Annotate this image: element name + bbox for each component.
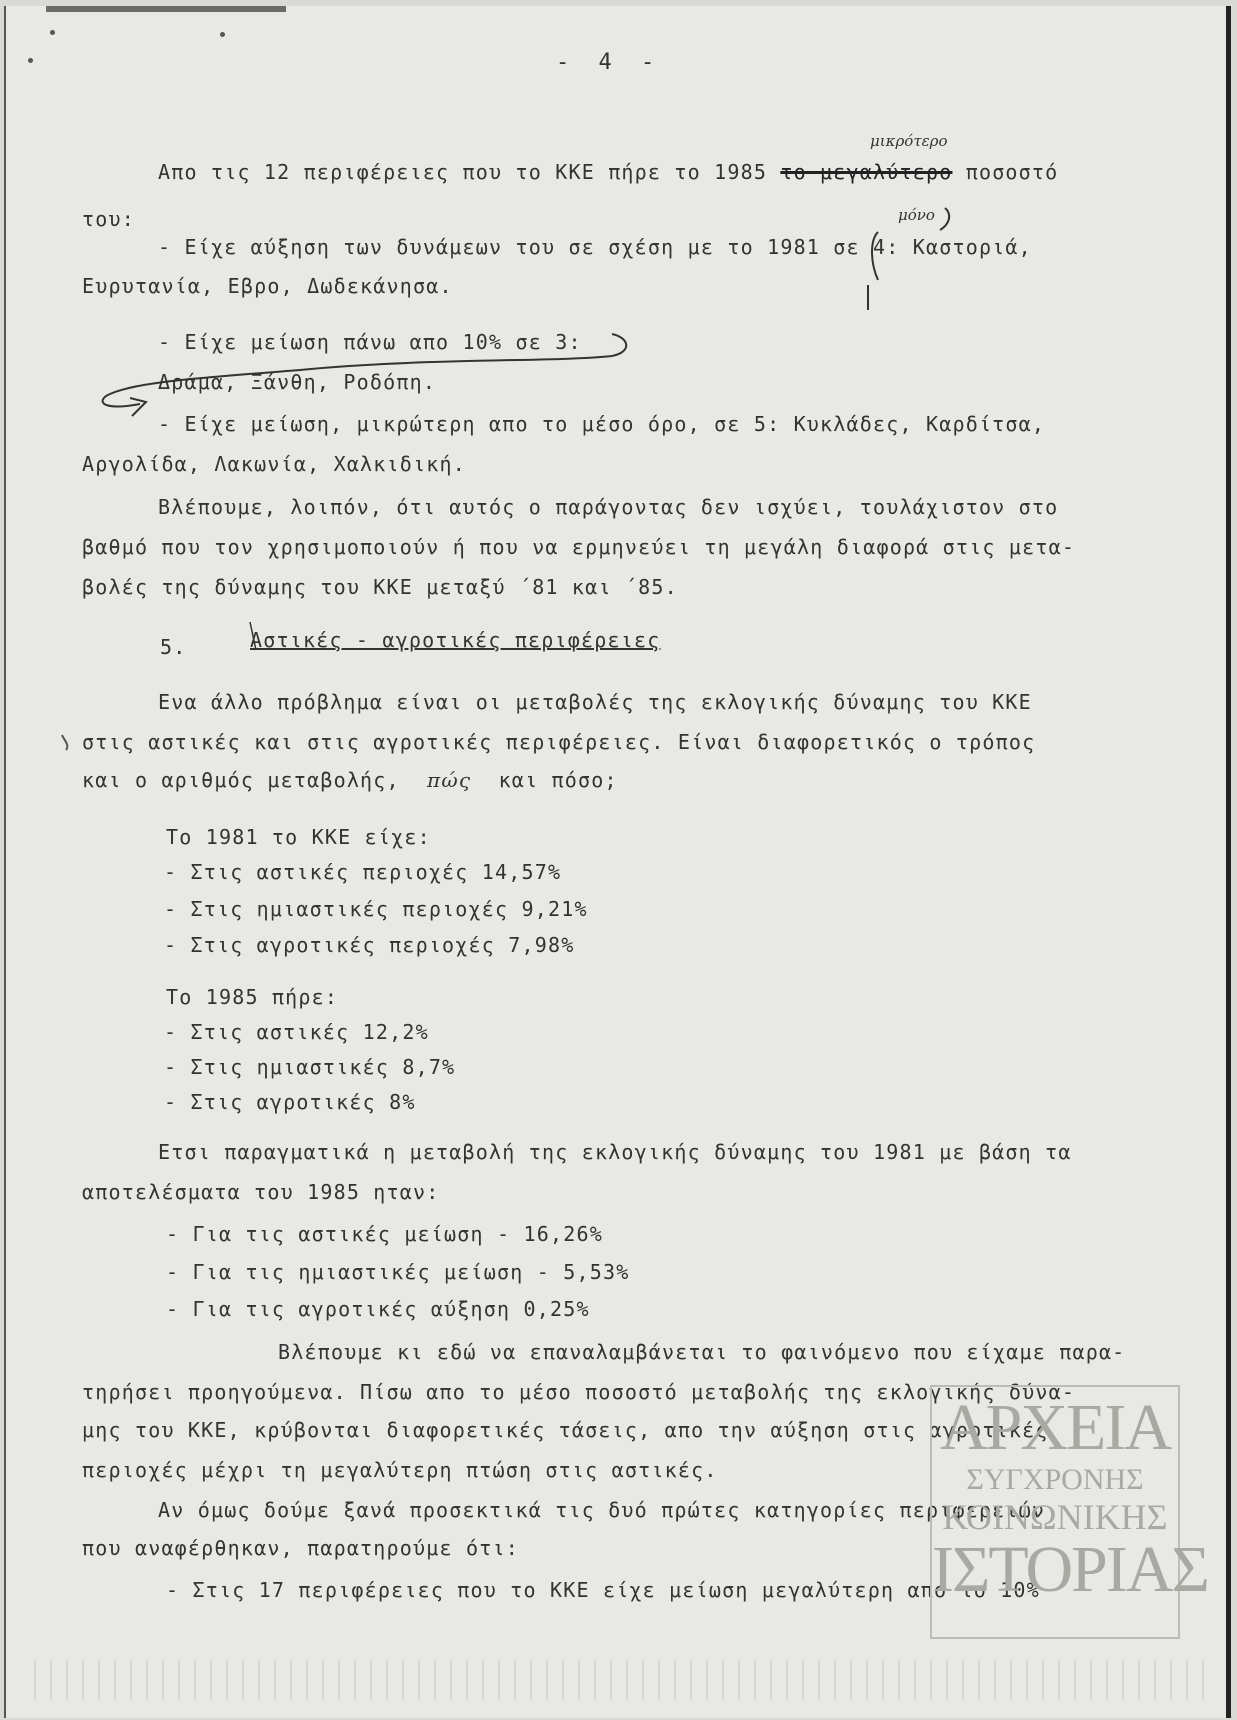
scan-noise [20,1660,1210,1700]
stamp-line: ΣΥΓΧΡΟΝΗΣ [932,1465,1178,1495]
archive-watermark-stamp: ΑΡΧΕΙΑ ΣΥΓΧΡΟΝΗΣ ΚΟΙΝΩΝΙΚΗΣ ΙΣΤΟΡΙΑΣ [930,1385,1180,1639]
stamp-line: ΚΟΙΝΩΝΙΚΗΣ [932,1499,1178,1535]
stamp-line: ΙΣΤΟΡΙΑΣ [932,1537,1178,1603]
stamp-line: ΑΡΧΕΙΑ [932,1395,1178,1461]
